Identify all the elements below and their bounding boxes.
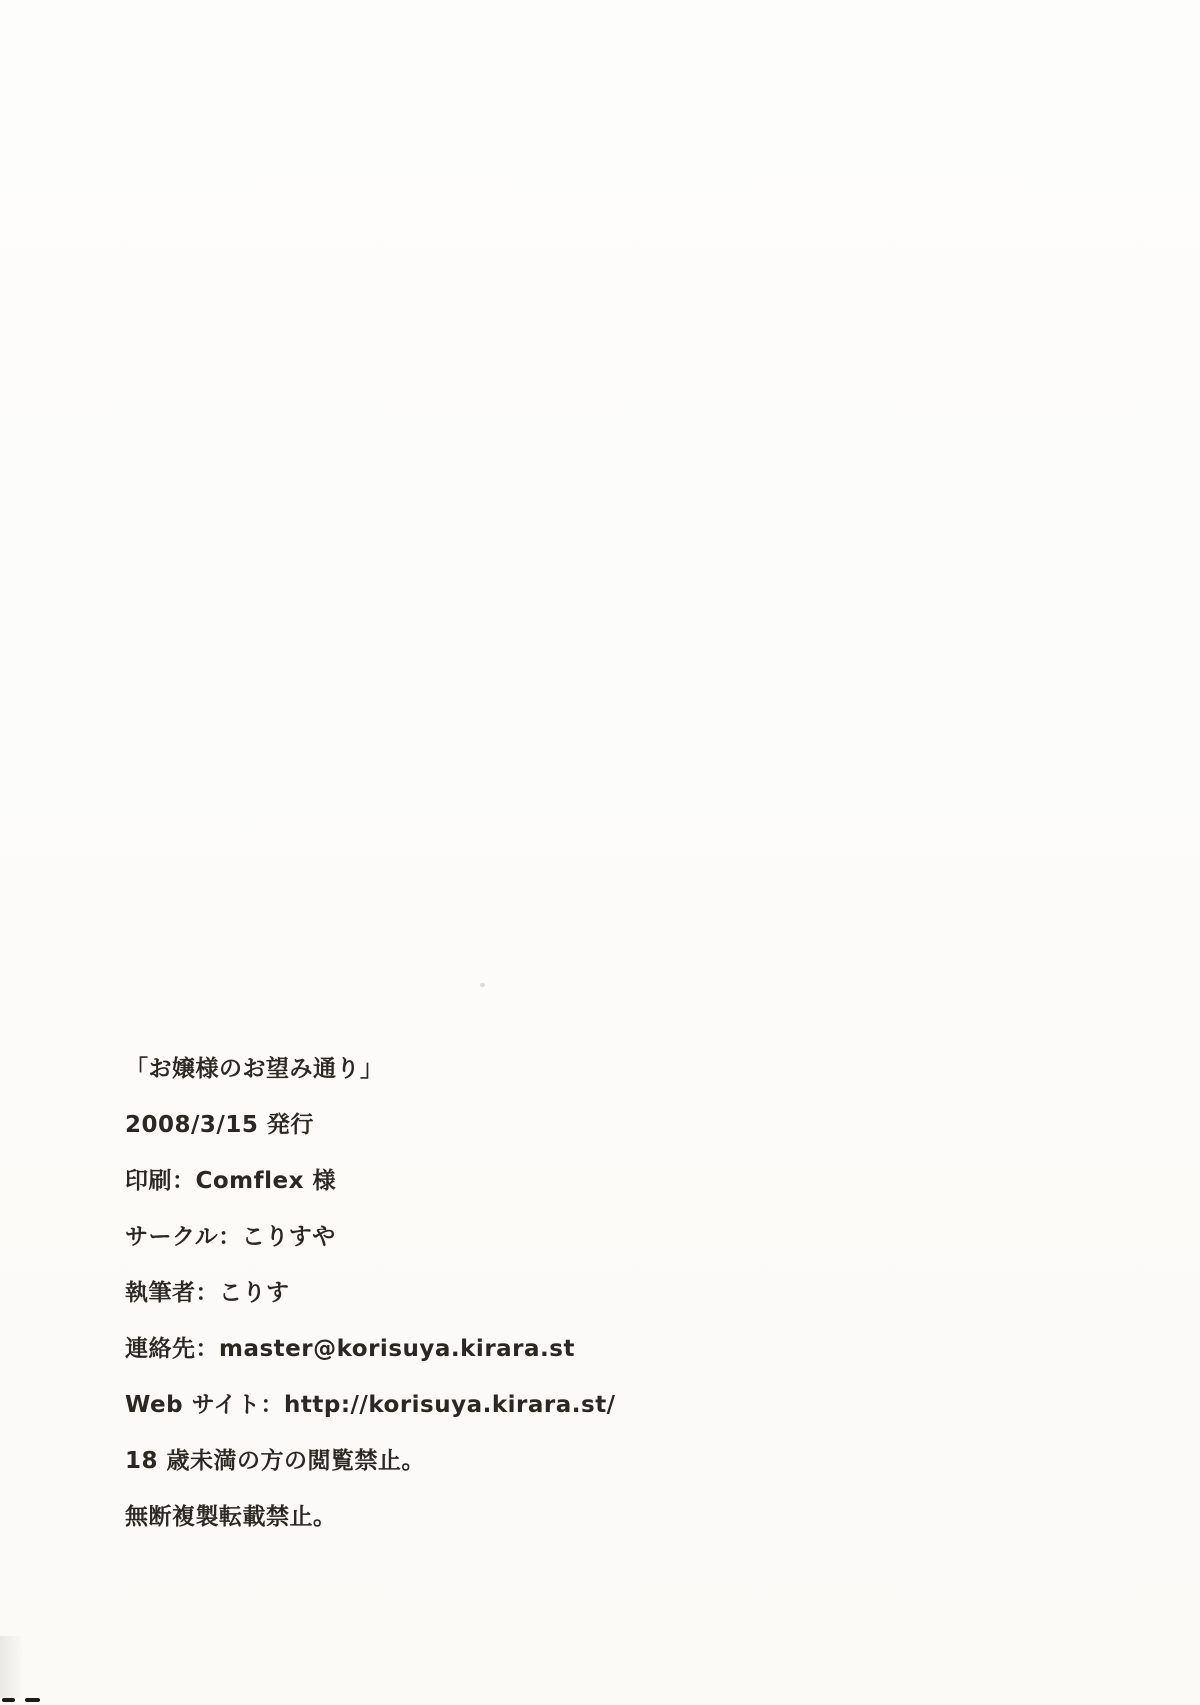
- colophon-block: 「お嬢様のお望み通り」 2008/3/15 発行 印刷：Comflex 様 サー…: [125, 1058, 616, 1562]
- colophon-line-age-restriction: 18 歳未満の方の閲覧禁止。: [125, 1450, 616, 1473]
- scanned-page: 「お嬢様のお望み通り」 2008/3/15 発行 印刷：Comflex 様 サー…: [0, 0, 1200, 1705]
- colophon-line-contact-email: 連絡先：master@korisuya.kirara.st: [125, 1338, 616, 1361]
- colophon-line-circle: サークル：こりすや: [125, 1226, 616, 1249]
- scan-smudge: [0, 1636, 24, 1698]
- colophon-line-author: 執筆者：こりす: [125, 1282, 616, 1305]
- colophon-line-printer: 印刷：Comflex 様: [125, 1170, 616, 1193]
- colophon-line-publish-date: 2008/3/15 発行: [125, 1114, 616, 1137]
- colophon-line-website-url: Web サイト：http://korisuya.kirara.st/: [125, 1394, 616, 1417]
- scan-artifact: [2, 1698, 15, 1702]
- colophon-line-copyright: 無断複製転載禁止。: [125, 1506, 616, 1529]
- scan-artifact: [25, 1698, 40, 1702]
- scan-speck: [480, 983, 485, 987]
- colophon-line-title: 「お嬢様のお望み通り」: [125, 1058, 616, 1081]
